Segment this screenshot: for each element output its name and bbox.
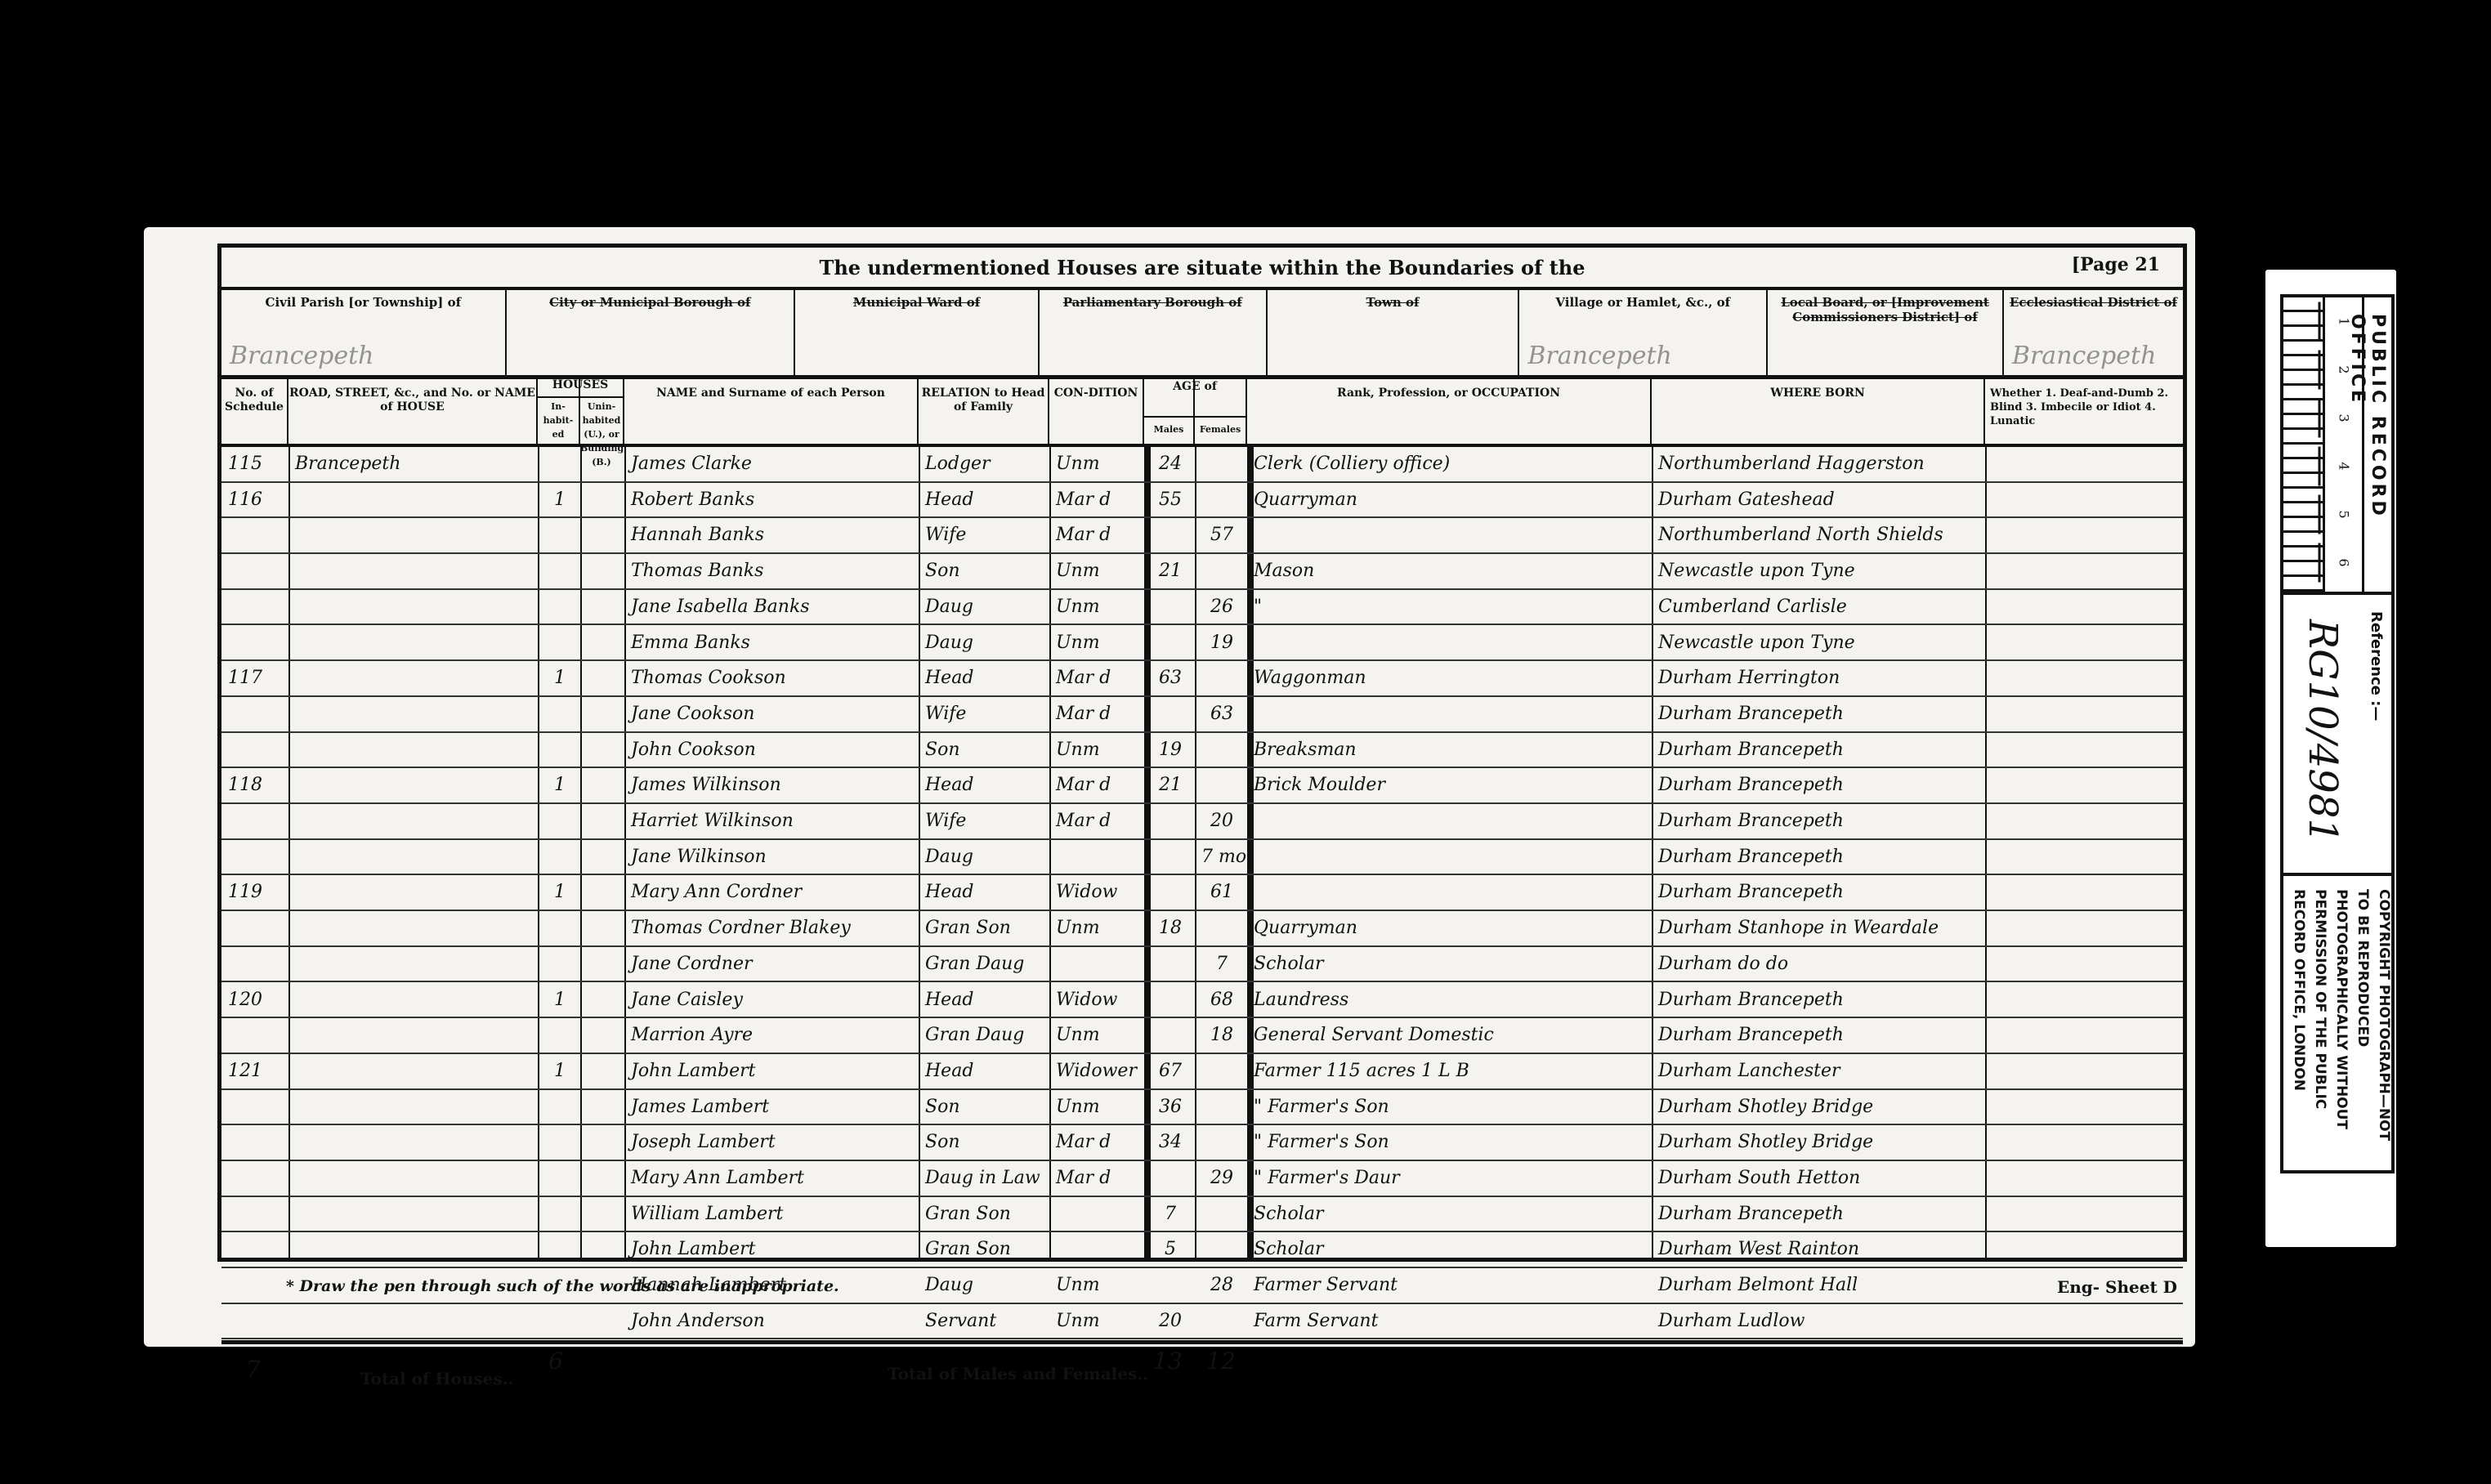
cell-uninhabited: [580, 590, 624, 626]
cell-road: [288, 911, 538, 947]
cell-female-age: [1195, 768, 1247, 804]
cell-condition: Unm: [1049, 733, 1144, 769]
cell-male-age: 63: [1144, 661, 1195, 697]
cell-occupation: " Farmer's Son: [1247, 1125, 1652, 1161]
cell-relation: Head: [919, 983, 1049, 1019]
cell-inhabited: 1: [538, 875, 580, 911]
cell-road: [288, 697, 538, 733]
cell-inhabited: [538, 1197, 580, 1233]
cell-name: Jane Wilkinson: [624, 840, 919, 876]
cell-name: Thomas Cookson: [624, 661, 919, 697]
cell-male-age: [1144, 626, 1195, 662]
table-row: Mary Ann LambertDaug in LawMar d29" Farm…: [221, 1161, 2183, 1197]
cell-name: James Wilkinson: [624, 768, 919, 804]
cell-condition: Mar d: [1049, 483, 1144, 519]
cell-uninhabited: [580, 983, 624, 1019]
cell-male-age: 55: [1144, 483, 1195, 519]
cell-road: [288, 983, 538, 1019]
cell-inhabited: [538, 626, 580, 662]
cell-inhabited: [538, 554, 580, 590]
cell-where-born: Newcastle upon Tyne: [1652, 626, 1985, 662]
boundary-field-label: City or Municipal Borough of: [507, 287, 794, 310]
table-row: Jane CordnerGran Daug7ScholarDurham do d…: [221, 947, 2183, 983]
cell-inhabited: [538, 1232, 580, 1268]
total-males: 13: [1153, 1348, 1183, 1374]
cell-condition: Unm: [1049, 1304, 1144, 1340]
total-schedules: 7: [246, 1356, 261, 1383]
cell-female-age: 19: [1195, 626, 1247, 662]
cell-schedule: [221, 1304, 288, 1340]
cell-condition: Unm: [1049, 911, 1144, 947]
cell-male-age: 21: [1144, 768, 1195, 804]
cell-inhabited: 1: [538, 1054, 580, 1090]
cell-where-born: Durham Brancepeth: [1652, 875, 1985, 911]
cell-relation: Gran Daug: [919, 1018, 1049, 1054]
cell-schedule: [221, 947, 288, 983]
form-title-row: The undermentioned Houses are situate wi…: [221, 248, 2183, 290]
cell-condition: [1049, 947, 1144, 983]
cell-male-age: [1144, 518, 1195, 554]
census-table: No. of ScheduleROAD, STREET, &c., and No…: [221, 375, 2183, 1258]
cell-where-born: Northumberland Haggerston: [1652, 447, 1985, 483]
cell-condition: Mar d: [1049, 1125, 1144, 1161]
total-females: 12: [1206, 1348, 1236, 1374]
cell-male-age: 5: [1144, 1232, 1195, 1268]
cell-uninhabited: [580, 875, 624, 911]
cell-where-born: Durham Brancepeth: [1652, 1197, 1985, 1233]
cell-male-age: 21: [1144, 554, 1195, 590]
cell-schedule: [221, 1090, 288, 1126]
table-row: Hannah BanksWifeMar d57Northumberland No…: [221, 518, 2183, 554]
cell-relation: Head: [919, 661, 1049, 697]
cell-female-age: 57: [1195, 518, 1247, 554]
cell-male-age: [1144, 947, 1195, 983]
cell-name: John Lambert: [624, 1232, 919, 1268]
cell-occupation: Quarryman: [1247, 911, 1652, 947]
cell-where-born: Durham Gateshead: [1652, 483, 1985, 519]
cell-condition: Mar d: [1049, 768, 1144, 804]
cell-female-age: [1195, 447, 1247, 483]
cell-schedule: 121: [221, 1054, 288, 1090]
cell-uninhabited: [580, 1018, 624, 1054]
cell-male-age: [1144, 697, 1195, 733]
cell-road: [288, 840, 538, 876]
cell-condition: Unm: [1049, 1090, 1144, 1126]
boundary-fields: Civil Parish [or Township] ofBrancepethC…: [221, 287, 2183, 379]
cell-inhabited: [538, 911, 580, 947]
cell-inhabited: [538, 590, 580, 626]
cell-road: [288, 661, 538, 697]
cell-condition: Widow: [1049, 875, 1144, 911]
cell-where-born: Durham South Hetton: [1652, 1161, 1985, 1197]
cell-female-age: 7 mo: [1195, 840, 1247, 876]
cell-occupation: [1247, 697, 1652, 733]
page-number: [Page 21: [2072, 254, 2160, 275]
cell-uninhabited: [580, 518, 624, 554]
cell-schedule: 116: [221, 483, 288, 519]
cell-schedule: [221, 840, 288, 876]
cell-road: [288, 590, 538, 626]
cell-male-age: 20: [1144, 1304, 1195, 1340]
cell-uninhabited: [580, 661, 624, 697]
cell-inhabited: [538, 1018, 580, 1054]
total-houses-label: Total of Houses..: [360, 1369, 514, 1388]
cell-name: John Anderson: [624, 1304, 919, 1340]
sheet-label: Eng- Sheet D: [2057, 1277, 2177, 1297]
cell-occupation: Laundress: [1247, 983, 1652, 1019]
census-sheet: The undermentioned Houses are situate wi…: [144, 227, 2195, 1347]
cell-male-age: [1144, 983, 1195, 1019]
cell-relation: Gran Son: [919, 1232, 1049, 1268]
cell-where-born: Durham Brancepeth: [1652, 804, 1985, 840]
cell-occupation: Breaksman: [1247, 733, 1652, 769]
pro-header: PUBLIC RECORD OFFICE: [2347, 314, 2388, 592]
cell-male-age: 19: [1144, 733, 1195, 769]
cell-inhabited: [538, 840, 580, 876]
totals-row: 7Total of Houses..6Total of Males and Fe…: [221, 1340, 2183, 1410]
cell-uninhabited: [580, 447, 624, 483]
table-row: Jane WilkinsonDaug7 moDurham Brancepeth: [221, 840, 2183, 876]
cell-name: John Cookson: [624, 733, 919, 769]
cell-road: [288, 947, 538, 983]
table-row: William LambertGran Son7ScholarDurham Br…: [221, 1197, 2183, 1233]
total-houses-inhabited: 6: [548, 1348, 563, 1374]
cell-occupation: Farmer Servant: [1247, 1268, 1652, 1304]
cell-relation: Daug: [919, 590, 1049, 626]
cell-road: [288, 804, 538, 840]
table-row: 115BrancepethJames ClarkeLodgerUnm24Cler…: [221, 447, 2183, 483]
cell-where-born: Durham Brancepeth: [1652, 733, 1985, 769]
cell-female-age: 29: [1195, 1161, 1247, 1197]
cell-road: Brancepeth: [288, 447, 538, 483]
cell-relation: Head: [919, 875, 1049, 911]
boundary-field-value: Brancepeth: [2012, 342, 2156, 370]
cell-occupation: General Servant Domestic: [1247, 1018, 1652, 1054]
cell-inhabited: [538, 1161, 580, 1197]
table-row: 1161Robert BanksHeadMar d55QuarrymanDurh…: [221, 483, 2183, 519]
column-header-age: AGE of: [1144, 375, 1247, 418]
table-row: Jane CooksonWifeMar d63Durham Brancepeth: [221, 697, 2183, 733]
cell-road: [288, 1018, 538, 1054]
table-row: Marrion AyreGran DaugUnm18General Servan…: [221, 1018, 2183, 1054]
cell-occupation: Scholar: [1247, 1197, 1652, 1233]
cell-where-born: Durham Brancepeth: [1652, 983, 1985, 1019]
table-row: Thomas Cordner BlakeyGran SonUnm18Quarry…: [221, 911, 2183, 947]
cell-uninhabited: [580, 626, 624, 662]
cell-uninhabited: [580, 1197, 624, 1233]
cell-occupation: ": [1247, 590, 1652, 626]
cell-road: [288, 1197, 538, 1233]
cell-relation: Son: [919, 733, 1049, 769]
cell-schedule: [221, 1232, 288, 1268]
cell-relation: Wife: [919, 518, 1049, 554]
cell-condition: Unm: [1049, 447, 1144, 483]
cell-occupation: [1247, 804, 1652, 840]
cell-name: Jane Cordner: [624, 947, 919, 983]
cell-uninhabited: [580, 1232, 624, 1268]
cell-uninhabited: [580, 483, 624, 519]
cell-male-age: 67: [1144, 1054, 1195, 1090]
cell-schedule: [221, 1268, 288, 1304]
cell-condition: Unm: [1049, 590, 1144, 626]
cell-where-born: Durham Brancepeth: [1652, 840, 1985, 876]
cell-relation: Son: [919, 1125, 1049, 1161]
cell-name: Thomas Cordner Blakey: [624, 911, 919, 947]
cell-where-born: Durham Shotley Bridge: [1652, 1125, 1985, 1161]
cell-inhabited: [538, 1304, 580, 1340]
cell-name: John Lambert: [624, 1054, 919, 1090]
boundary-field: Parliamentary Borough of: [1040, 287, 1268, 375]
cell-uninhabited: [580, 697, 624, 733]
cell-inhabited: 1: [538, 768, 580, 804]
copyright-notice: COPYRIGHT PHOTOGRAPH—NOT TO BE REPRODUCE…: [2288, 889, 2395, 1157]
cell-female-age: [1195, 1054, 1247, 1090]
cell-female-age: 18: [1195, 1018, 1247, 1054]
cell-schedule: 119: [221, 875, 288, 911]
cell-schedule: [221, 733, 288, 769]
table-row: James LambertSonUnm36" Farmer's SonDurha…: [221, 1090, 2183, 1126]
cell-occupation: [1247, 626, 1652, 662]
cell-condition: Mar d: [1049, 518, 1144, 554]
boundary-field-label: Village or Hamlet, &c., of: [1519, 287, 1766, 310]
cell-relation: Son: [919, 554, 1049, 590]
cell-inhabited: [538, 1090, 580, 1126]
boundary-field-label: Municipal Ward of: [795, 287, 1038, 310]
cell-name: Harriet Wilkinson: [624, 804, 919, 840]
cell-road: [288, 483, 538, 519]
cell-relation: Daug: [919, 626, 1049, 662]
cell-where-born: Newcastle upon Tyne: [1652, 554, 1985, 590]
table-row: 1201Jane CaisleyHeadWidow68LaundressDurh…: [221, 983, 2183, 1019]
boundary-field: City or Municipal Borough of: [507, 287, 796, 375]
cell-road: [288, 875, 538, 911]
column-header-infirmity: Whether 1. Deaf-and-Dumb 2. Blind 3. Imb…: [1985, 375, 2183, 444]
cell-female-age: 28: [1195, 1268, 1247, 1304]
cell-schedule: [221, 804, 288, 840]
pro-box: 123456 PUBLIC RECORD OFFICE Reference :—…: [2280, 294, 2395, 1173]
table-row: Joseph LambertSonMar d34" Farmer's SonDu…: [221, 1125, 2183, 1161]
cell-occupation: [1247, 840, 1652, 876]
footnote: * Draw the pen through such of the words…: [286, 1277, 839, 1295]
boundary-field-label: Town of: [1268, 287, 1518, 310]
public-record-office-strip: 123456 PUBLIC RECORD OFFICE Reference :—…: [2265, 270, 2396, 1247]
cell-occupation: Mason: [1247, 554, 1652, 590]
cell-relation: Daug: [919, 840, 1049, 876]
cell-female-age: [1195, 1304, 1247, 1340]
cell-schedule: [221, 554, 288, 590]
cell-female-age: [1195, 733, 1247, 769]
cell-road: [288, 1054, 538, 1090]
boundary-field-label: Parliamentary Borough of: [1040, 287, 1266, 310]
cell-where-born: Durham Herrington: [1652, 661, 1985, 697]
cell-relation: Wife: [919, 804, 1049, 840]
cell-schedule: [221, 911, 288, 947]
cell-relation: Head: [919, 768, 1049, 804]
cell-condition: Widower: [1049, 1054, 1144, 1090]
cell-relation: Son: [919, 1090, 1049, 1126]
cell-name: Hannah Banks: [624, 518, 919, 554]
cell-relation: Daug in Law: [919, 1161, 1049, 1197]
cell-schedule: [221, 590, 288, 626]
cell-name: Mary Ann Lambert: [624, 1161, 919, 1197]
cell-where-born: Durham do do: [1652, 947, 1985, 983]
cell-where-born: Northumberland North Shields: [1652, 518, 1985, 554]
cell-relation: Gran Son: [919, 911, 1049, 947]
cell-condition: Mar d: [1049, 661, 1144, 697]
cell-road: [288, 1304, 538, 1340]
cell-female-age: 20: [1195, 804, 1247, 840]
cell-road: [288, 1125, 538, 1161]
copyright-box: COPYRIGHT PHOTOGRAPH—NOT TO BE REPRODUCE…: [2283, 876, 2391, 1170]
boundary-field: Municipal Ward of: [795, 287, 1040, 375]
cell-relation: Servant: [919, 1304, 1049, 1340]
cell-occupation: Quarryman: [1247, 483, 1652, 519]
cell-occupation: " Farmer's Daur: [1247, 1161, 1652, 1197]
cell-relation: Wife: [919, 697, 1049, 733]
cell-condition: Unm: [1049, 1018, 1144, 1054]
cell-where-born: Durham Stanhope in Weardale: [1652, 911, 1985, 947]
cell-condition: Unm: [1049, 626, 1144, 662]
boundary-field: Local Board, or [Improvement Commissione…: [1768, 287, 2004, 375]
cell-uninhabited: [580, 804, 624, 840]
cell-female-age: 26: [1195, 590, 1247, 626]
cell-schedule: [221, 1125, 288, 1161]
cell-where-born: Durham Ludlow: [1652, 1304, 1985, 1340]
cell-male-age: [1144, 840, 1195, 876]
table-row: John LambertGran Son5ScholarDurham West …: [221, 1232, 2183, 1268]
reference-box: Reference :— RG10/4981: [2283, 595, 2391, 876]
cell-occupation: Farm Servant: [1247, 1304, 1652, 1340]
cell-occupation: Brick Moulder: [1247, 768, 1652, 804]
cell-uninhabited: [580, 1304, 624, 1340]
cell-female-age: [1195, 483, 1247, 519]
cell-female-age: 63: [1195, 697, 1247, 733]
cell-where-born: Durham Belmont Hall: [1652, 1268, 1985, 1304]
cell-occupation: [1247, 518, 1652, 554]
cell-road: [288, 626, 538, 662]
cell-name: Thomas Banks: [624, 554, 919, 590]
cell-female-age: [1195, 911, 1247, 947]
cell-where-born: Durham West Rainton: [1652, 1232, 1985, 1268]
cell-schedule: [221, 1161, 288, 1197]
table-row: 1181James WilkinsonHeadMar d21Brick Moul…: [221, 768, 2183, 804]
cell-schedule: 117: [221, 661, 288, 697]
cell-where-born: Durham Brancepeth: [1652, 768, 1985, 804]
cell-uninhabited: [580, 733, 624, 769]
cell-road: [288, 1161, 538, 1197]
cell-name: Jane Caisley: [624, 983, 919, 1019]
column-header-name: NAME and Surname of each Person: [624, 375, 919, 444]
cell-schedule: [221, 697, 288, 733]
cell-condition: Unm: [1049, 1268, 1144, 1304]
cell-inhabited: [538, 518, 580, 554]
column-header-relation: RELATION to Head of Family: [919, 375, 1049, 444]
cell-female-age: 7: [1195, 947, 1247, 983]
cell-uninhabited: [580, 1161, 624, 1197]
cell-schedule: [221, 518, 288, 554]
cell-male-age: 18: [1144, 911, 1195, 947]
cell-schedule: [221, 1197, 288, 1233]
boundary-field: Civil Parish [or Township] ofBrancepeth: [221, 287, 507, 375]
cell-name: Jane Isabella Banks: [624, 590, 919, 626]
cell-where-born: Durham Brancepeth: [1652, 1018, 1985, 1054]
scale-ruler: 123456 PUBLIC RECORD OFFICE: [2283, 297, 2391, 595]
cell-condition: Unm: [1049, 554, 1144, 590]
boundary-field-value: Brancepeth: [230, 342, 373, 370]
cell-road: [288, 1232, 538, 1268]
cell-occupation: Waggonman: [1247, 661, 1652, 697]
cell-female-age: [1195, 554, 1247, 590]
cell-name: James Clarke: [624, 447, 919, 483]
cell-occupation: [1247, 875, 1652, 911]
cell-name: James Lambert: [624, 1090, 919, 1126]
cell-schedule: [221, 626, 288, 662]
cell-uninhabited: [580, 554, 624, 590]
cell-female-age: 61: [1195, 875, 1247, 911]
cell-inhabited: 1: [538, 483, 580, 519]
boundary-field: Ecclesiastical District ofBrancepeth: [2004, 287, 2183, 375]
cell-road: [288, 768, 538, 804]
cell-condition: Mar d: [1049, 1161, 1144, 1197]
cell-occupation: Clerk (Colliery office): [1247, 447, 1652, 483]
cell-relation: Gran Son: [919, 1197, 1049, 1233]
table-row: 1211John LambertHeadWidower67Farmer 115 …: [221, 1054, 2183, 1090]
boundary-field: Town of: [1268, 287, 1520, 375]
cell-uninhabited: [580, 911, 624, 947]
cell-uninhabited: [580, 1125, 624, 1161]
cell-uninhabited: [580, 768, 624, 804]
cell-where-born: Cumberland Carlisle: [1652, 590, 1985, 626]
census-form: The undermentioned Houses are situate wi…: [217, 244, 2187, 1262]
cell-name: William Lambert: [624, 1197, 919, 1233]
cell-inhabited: 1: [538, 983, 580, 1019]
cell-male-age: 24: [1144, 447, 1195, 483]
cell-name: Robert Banks: [624, 483, 919, 519]
cell-male-age: 7: [1144, 1197, 1195, 1233]
cell-name: Mary Ann Cordner: [624, 875, 919, 911]
cell-relation: Daug: [919, 1268, 1049, 1304]
cell-inhabited: [538, 1125, 580, 1161]
cell-male-age: [1144, 1018, 1195, 1054]
cell-inhabited: [538, 697, 580, 733]
table-row: John AndersonServantUnm20Farm ServantDur…: [221, 1304, 2183, 1340]
boundary-field: Village or Hamlet, &c., ofBrancepeth: [1519, 287, 1768, 375]
cell-relation: Gran Daug: [919, 947, 1049, 983]
table-row: Emma BanksDaugUnm19Newcastle upon Tyne: [221, 626, 2183, 662]
table-row: 1171Thomas CooksonHeadMar d63WaggonmanDu…: [221, 661, 2183, 697]
cell-male-age: [1144, 1161, 1195, 1197]
cell-male-age: 34: [1144, 1125, 1195, 1161]
cell-female-age: [1195, 1090, 1247, 1126]
boundary-field-label: Ecclesiastical District of: [2004, 287, 2183, 310]
cell-female-age: 68: [1195, 983, 1247, 1019]
cell-relation: Head: [919, 1054, 1049, 1090]
cell-occupation: Scholar: [1247, 947, 1652, 983]
cell-female-age: [1195, 1125, 1247, 1161]
column-header-occupation: Rank, Profession, or OCCUPATION: [1247, 375, 1652, 444]
cell-uninhabited: [580, 947, 624, 983]
cell-name: Emma Banks: [624, 626, 919, 662]
cell-male-age: [1144, 804, 1195, 840]
cell-condition: [1049, 1232, 1144, 1268]
cell-inhabited: [538, 447, 580, 483]
table-row: Thomas BanksSonUnm21MasonNewcastle upon …: [221, 554, 2183, 590]
cell-schedule: 120: [221, 983, 288, 1019]
cell-uninhabited: [580, 840, 624, 876]
cell-where-born: Durham Shotley Bridge: [1652, 1090, 1985, 1126]
cell-road: [288, 554, 538, 590]
table-row: Harriet WilkinsonWifeMar d20Durham Branc…: [221, 804, 2183, 840]
